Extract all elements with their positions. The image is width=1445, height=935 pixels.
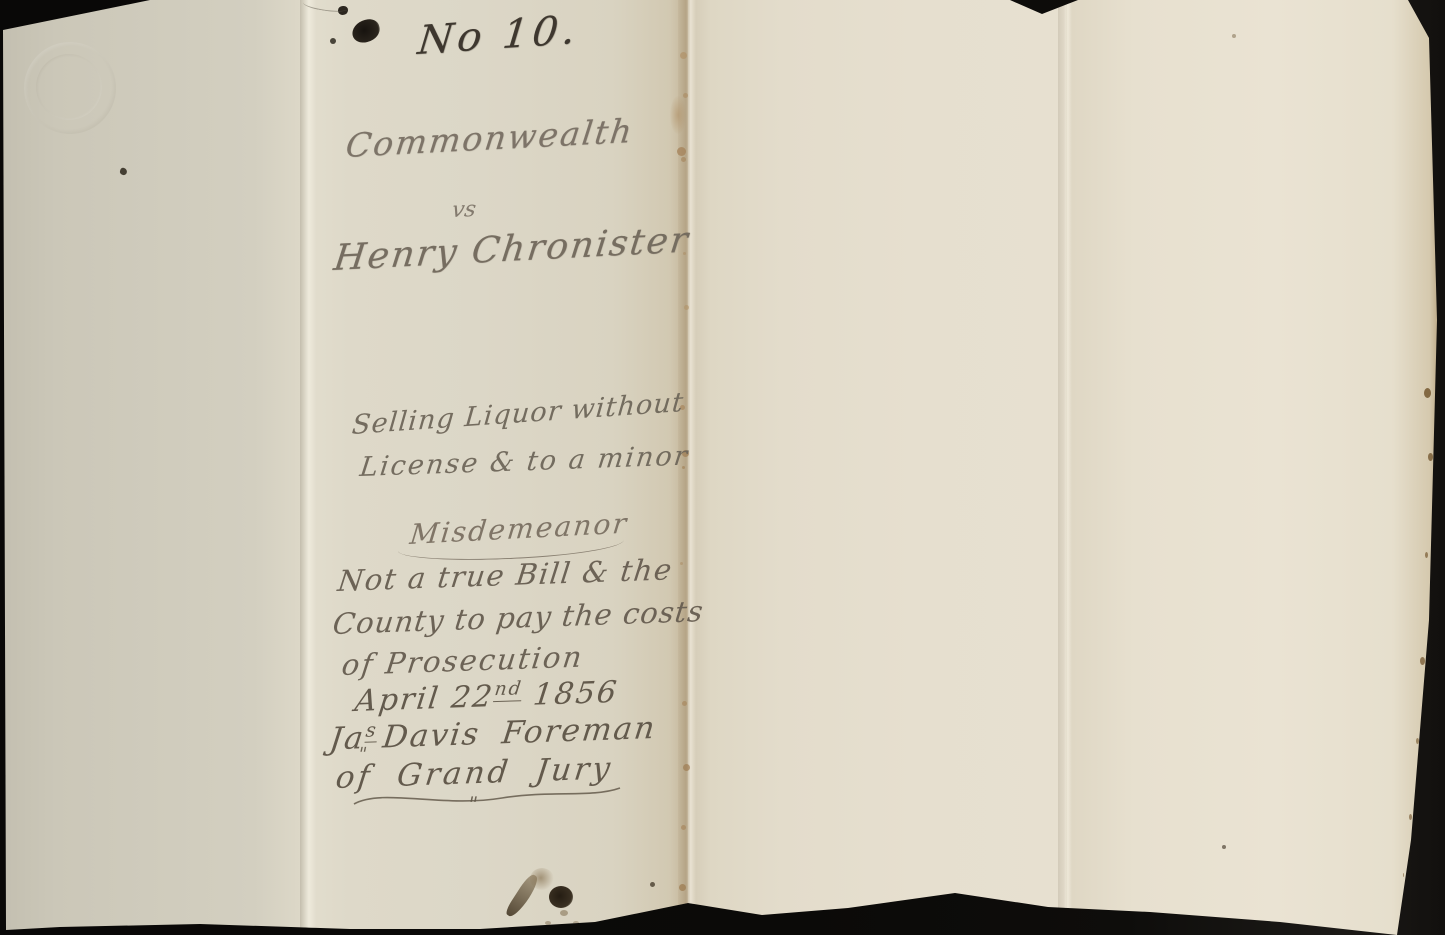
date-year: 1856 <box>520 675 621 713</box>
paper-speck-right-lower <box>1222 845 1226 849</box>
embossed-seal-inner-ring <box>36 54 102 120</box>
embossed-seal <box>24 42 116 134</box>
ink-speck-bottom-right <box>650 882 655 887</box>
versus-label: vs <box>450 197 477 223</box>
ink-speck-top <box>330 38 336 44</box>
photograph-background: No 10. Commonwealth vs Henry Chronister … <box>0 0 1445 935</box>
right-edge-burn-spots <box>1424 388 1431 398</box>
date-day: April 22 <box>353 679 496 719</box>
date-ordinal-superscript: nd <box>493 678 524 702</box>
paper-panel-mid-right <box>688 0 1066 935</box>
foreman-name-superscript: s <box>364 718 379 742</box>
fold-stain-large <box>670 96 686 134</box>
fold-crease-right <box>1058 0 1072 935</box>
ink-blot-bottom <box>549 886 573 908</box>
signature-underline-flourish <box>352 784 622 810</box>
paper-panel-right <box>1066 0 1445 935</box>
fold-crease-left <box>300 0 316 935</box>
fold-stain-spots <box>680 52 687 59</box>
paper-speck-right-upper <box>1232 34 1236 38</box>
folded-docket-paper: No 10. Commonwealth vs Henry Chronister … <box>0 0 1445 935</box>
paper-panel-left <box>0 0 310 935</box>
